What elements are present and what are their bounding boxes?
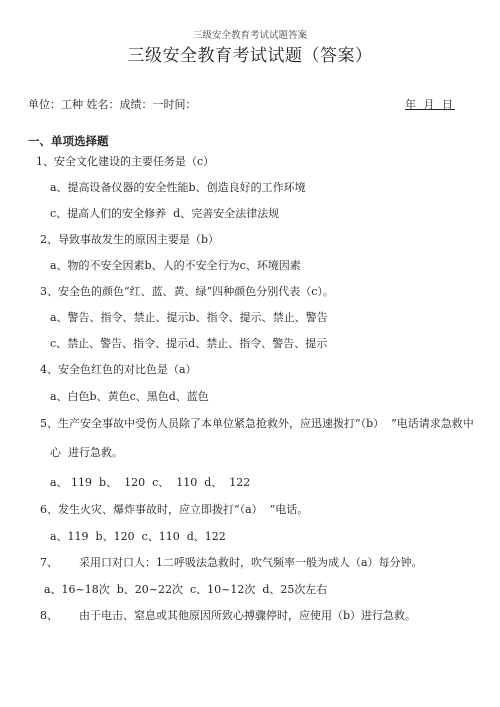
document-title: 三级安全教育考试试题（答案）: [0, 41, 500, 66]
question-line: 7、 采用口对口人：1二呼吸法急救时，吹气频率一般为成人（a）每分钟。: [40, 554, 423, 570]
date-field: 年 月 日: [405, 96, 455, 112]
option-line: a、 119 b、 120 c、 110 d、 122: [50, 474, 250, 490]
option-line: a、物的不安全因素b、人的不安全行为c、环境因素: [50, 257, 301, 273]
option-line: a、警告、指令、禁止、提示b、指令、提示、禁止、警告: [50, 309, 328, 325]
option-line: a、16~18次 b、20~22次 c、10~12次 d、25次左右: [44, 581, 327, 597]
question-line: 2、导致事故发生的原因主要是（b）: [40, 231, 219, 247]
question-line: 1、安全文化建设的主要任务是（c）: [36, 153, 214, 169]
running-head: 三级安全教育考试试题答案: [0, 27, 500, 41]
section-heading: 一、单项选择题: [28, 133, 109, 149]
option-line: a、白色b、黄色c、黑色d、蓝色: [50, 388, 209, 404]
question-line: 6、发生火灾、爆炸事故时，应立即拨打“（a） ”电话。: [40, 501, 308, 517]
info-fields-line: 单位：工种 姓名：成绩：一时间：: [28, 96, 197, 112]
question-line: 4、安全色红色的对比色是（a）: [40, 361, 197, 377]
option-line: a、提高设备仪器的安全性能b、创造良好的工作环境: [50, 179, 306, 195]
question-line-continued: 心 进行急救。: [50, 444, 123, 460]
option-line: a、119 b、120 c、110 d、122: [50, 528, 226, 544]
question-line: 5、生产安全事故中受伤人员除了本单位紧急抢救外，应迅速拨打“（b） ”电话请求急…: [40, 415, 474, 431]
option-line: c、禁止、警告、指令、提示d、禁止、指令、警告、提示: [50, 335, 327, 351]
option-line: c、提高人们的安全修养 d、完善安全法律法规: [50, 205, 279, 221]
question-line: 3、安全色的颜色“红、蓝、黄、绿”四种颜色分别代表（c）。: [40, 283, 334, 299]
question-line: 8、 由于电击、窒息或其他原因所致心搏骤停时，应使用（b）进行急救。: [40, 607, 416, 623]
